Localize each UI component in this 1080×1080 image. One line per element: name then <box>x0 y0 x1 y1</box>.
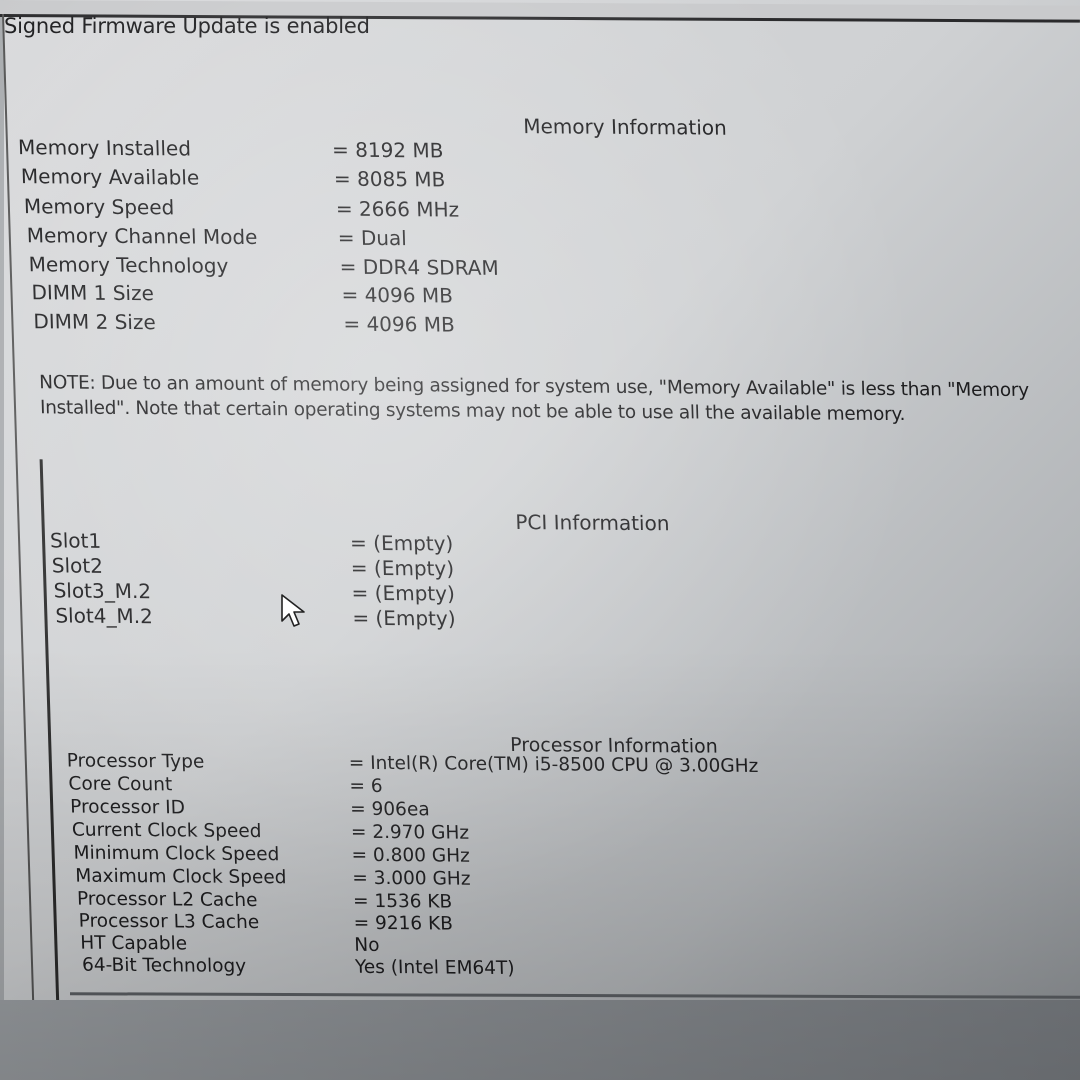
pci-row-label: Slot1 <box>50 528 102 552</box>
memory-row-value: = 4096 MB <box>343 312 455 337</box>
pci-row-value: = (Empty) <box>352 606 456 631</box>
processor-row-value: = 1536 KB <box>353 891 453 913</box>
processor-row-label: Processor L3 Cache <box>78 911 259 933</box>
memory-row-label: Memory Available <box>21 164 200 189</box>
pci-row-label: Slot3_M.2 <box>53 578 151 603</box>
processor-row-label: Current Clock Speed <box>72 820 262 842</box>
pci-row-label: Slot2 <box>51 553 103 577</box>
processor-row-value: = 2.970 GHz <box>351 822 470 844</box>
memory-row-value: = DDR4 SDRAM <box>339 255 499 280</box>
processor-row-value: No <box>354 935 380 956</box>
pci-row-value: = (Empty) <box>351 581 455 606</box>
processor-row-value: = 0.800 GHz <box>351 845 470 867</box>
processor-row-value: = 3.000 GHz <box>352 868 471 890</box>
screen-bottom-area <box>0 1000 1080 1080</box>
pci-row-value: = (Empty) <box>350 531 454 556</box>
processor-row-label: 64-Bit Technology <box>82 955 247 977</box>
memory-row-value: = 8085 MB <box>334 167 446 192</box>
memory-row-label: DIMM 1 Size <box>31 280 154 305</box>
memory-row-label: Memory Speed <box>24 194 175 219</box>
memory-row-value: = 8192 MB <box>332 138 444 163</box>
memory-row-value: = 4096 MB <box>341 283 453 308</box>
processor-row-value: Yes (Intel EM64T) <box>355 957 515 979</box>
system-information-panel: Memory Information Memory Installed = 81… <box>2 14 1080 1033</box>
processor-row-label: Processor Type <box>66 751 204 773</box>
screen-left-bezel <box>0 0 4 1080</box>
pci-row-label: Slot4_M.2 <box>55 603 153 628</box>
processor-row-label: Minimum Clock Speed <box>73 843 279 866</box>
processor-row-label: Maximum Clock Speed <box>75 866 287 889</box>
pci-row-value: = (Empty) <box>350 556 454 581</box>
processor-row-label: Processor L2 Cache <box>77 889 258 911</box>
processor-row-label: HT Capable <box>80 933 187 955</box>
processor-row-value: = 6 <box>349 776 383 797</box>
memory-note: NOTE: Due to an amount of memory being a… <box>39 370 1080 428</box>
mouse-pointer-icon <box>280 593 308 629</box>
processor-row-label: Processor ID <box>70 797 185 819</box>
processor-row-value: = 9216 KB <box>353 913 453 935</box>
memory-row-value: = 2666 MHz <box>335 197 459 222</box>
memory-row-value: = Dual <box>337 226 407 251</box>
processor-row-value: = Intel(R) Core(TM) i5-8500 CPU @ 3.00GH… <box>348 753 758 777</box>
memory-row-label: Memory Technology <box>28 252 228 278</box>
memory-row-label: DIMM 2 Size <box>33 309 156 334</box>
memory-row-label: Memory Installed <box>18 135 192 160</box>
memory-row-label: Memory Channel Mode <box>26 223 257 249</box>
pci-section-title: PCI Information <box>515 510 670 535</box>
memory-section-title: Memory Information <box>523 114 727 140</box>
processor-row-label: Core Count <box>68 774 172 796</box>
processor-row-value: = 906ea <box>350 799 430 821</box>
